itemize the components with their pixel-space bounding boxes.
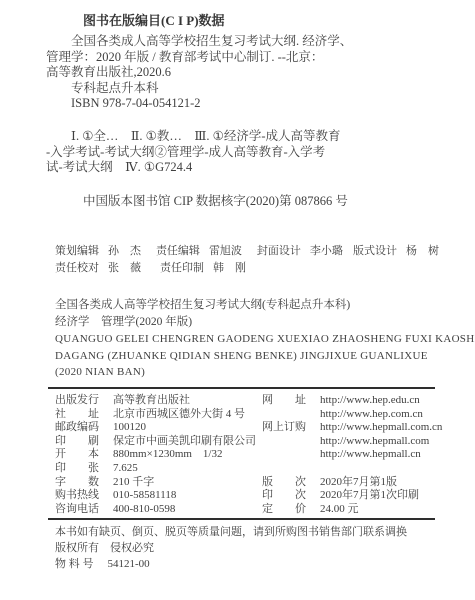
colophon-row: 定 价 24.00 元: [262, 503, 442, 517]
credits-row: 策划编辑 孙 杰 责任编辑 雷旭波 封面设计 李小璐 版式设计 杨 树: [55, 243, 439, 260]
colophon-label: [262, 408, 310, 422]
book-title-cn: 全国各类成人高等学校招生复习考试大纲(专科起点升本科): [55, 297, 439, 314]
copyright-page: 图书在版编目(C I P)数据 全国各类成人高等学校招生复习考试大纲. 经济学、…: [0, 0, 475, 600]
material-number-value: 54121-00: [108, 556, 150, 572]
colophon-row: http://www.hepmall.com: [262, 435, 442, 449]
colophon-label: 开 本: [55, 448, 103, 462]
colophon-row: 咨询电话 400-810-0598: [55, 503, 262, 517]
footer-block: 本书如有缺页、倒页、脱页等质量问题，请到所购图书销售部门联系调换 版权所有 侵权…: [55, 524, 439, 572]
colophon-value: http://www.hep.com.cn: [320, 408, 423, 422]
credit-pair: 责任印制 韩 刚: [160, 260, 246, 277]
colophon-row: 邮政编码 100120: [55, 421, 262, 435]
colophon-value: 010-58581118: [113, 489, 176, 503]
colophon-value: http://www.hepmall.com: [320, 435, 429, 449]
cip-description-line: 专科起点升本科: [46, 81, 439, 97]
colophon-label: 定 价: [262, 503, 310, 517]
credit-pair: 策划编辑 孙 杰: [55, 243, 156, 260]
copyright-notice: 版权所有 侵权必究: [55, 540, 439, 556]
material-number-label: 物 料 号: [55, 556, 94, 572]
colophon-label: 社 址: [55, 408, 103, 422]
colophon-row: 印 张 7.625: [55, 462, 262, 476]
colophon-label: 字 数: [55, 476, 103, 490]
colophon-row: 出版发行 高等教育出版社: [55, 394, 262, 408]
pinyin-line: QUANGUO GELEI CHENGREN GAODENG XUEXIAO Z…: [55, 331, 439, 348]
colophon-label: [262, 448, 310, 462]
colophon-row: 社 址 北京市西城区德外大街 4 号: [55, 408, 262, 422]
credit-role: 封面设计: [257, 243, 301, 260]
colophon-row: 网上订购 http://www.hepmall.com.cn: [262, 421, 442, 435]
colophon-label: 网 址: [262, 394, 310, 408]
colophon-value: 100120: [113, 421, 146, 435]
quality-notice: 本书如有缺页、倒页、脱页等质量问题，请到所购图书销售部门联系调换: [55, 524, 439, 540]
classification-line: Ⅰ. ①全… Ⅱ. ①教… Ⅲ. ①经济学-成人高等教育: [46, 129, 439, 145]
colophon-table: 出版发行 高等教育出版社 社 址 北京市西城区德外大街 4 号 邮政编码 100…: [55, 394, 437, 516]
book-title-block: 全国各类成人高等学校招生复习考试大纲(专科起点升本科) 经济学 管理学(2020…: [55, 297, 439, 381]
colophon-label: 购书热线: [55, 489, 103, 503]
credits-row: 责任校对 张 薇 责任印制 韩 刚: [55, 260, 439, 277]
cip-record-number: 中国版本图书馆 CIP 数据核字(2020)第 087866 号: [83, 191, 348, 209]
cip-description-line: 管理学：2020 年版 / 教育部考试中心制订. --北京：: [46, 50, 439, 66]
classification-line: 试-考试大纲 Ⅳ. ①G724.4: [46, 160, 439, 176]
credit-name: 孙 杰: [108, 243, 141, 260]
colophon-row: 印 次 2020年7月第1次印刷: [262, 489, 442, 503]
colophon-label: 印 刷: [55, 435, 103, 449]
cip-description-line: 全国各类成人高等学校招生复习考试大纲. 经济学、: [46, 34, 439, 50]
colophon-value: 7.625: [113, 462, 138, 476]
colophon-label: 网上订购: [262, 421, 310, 435]
colophon-row: http://www.hepmall.cn: [262, 448, 442, 462]
colophon-row: 版 次 2020年7月第1版: [262, 476, 442, 490]
colophon-value: 24.00 元: [320, 503, 359, 517]
colophon-right-column: 网 址 http://www.hep.edu.cn http://www.hep…: [262, 394, 442, 516]
cip-description-line: 高等教育出版社,2020.6: [46, 65, 439, 81]
colophon-value: 2020年7月第1次印刷: [320, 489, 419, 503]
credit-role: 版式设计: [353, 243, 397, 260]
colophon-value: 高等教育出版社: [113, 394, 190, 408]
divider-bottom: [48, 518, 435, 520]
colophon-value: 北京市西城区德外大街 4 号: [113, 408, 245, 422]
credit-name: 李小璐: [310, 243, 343, 260]
colophon-label: 出版发行: [55, 394, 103, 408]
colophon-label: 印 次: [262, 489, 310, 503]
credit-pair: 封面设计 李小璐: [257, 243, 353, 260]
colophon-label: 邮政编码: [55, 421, 103, 435]
colophon-row: 开 本 880mm×1230mm 1/32: [55, 448, 262, 462]
credit-role: 责任校对: [55, 260, 99, 277]
credit-name: 杨 树: [406, 243, 439, 260]
classification-line: -入学考试-考试大纲②管理学-成人高等教育-入学考: [46, 145, 439, 161]
credit-name: 韩 刚: [213, 260, 246, 277]
colophon-row: 印 刷 保定市中画美凯印刷有限公司: [55, 435, 262, 449]
credit-name: 雷旭波: [209, 243, 242, 260]
colophon-row: 网 址 http://www.hep.edu.cn: [262, 394, 442, 408]
colophon-row: 字 数 210 千字: [55, 476, 262, 490]
colophon-value: 880mm×1230mm 1/32: [113, 448, 222, 462]
credit-pair: 版式设计 杨 树: [353, 243, 439, 260]
credit-role: 责任印制: [160, 260, 204, 277]
colophon-row: http://www.hep.com.cn: [262, 408, 442, 422]
colophon-value: 210 千字: [113, 476, 154, 490]
credit-name: 张 薇: [108, 260, 141, 277]
pinyin-line: (2020 NIAN BAN): [55, 364, 439, 381]
cip-classification: Ⅰ. ①全… Ⅱ. ①教… Ⅲ. ①经济学-成人高等教育 -入学考试-考试大纲②…: [46, 129, 439, 176]
colophon-value: 400-810-0598: [113, 503, 175, 517]
colophon-value: 2020年7月第1版: [320, 476, 397, 490]
colophon-label: 印 张: [55, 462, 103, 476]
credit-role: 策划编辑: [55, 243, 99, 260]
isbn-line: ISBN 978-7-04-054121-2: [46, 96, 439, 112]
credits-block: 策划编辑 孙 杰 责任编辑 雷旭波 封面设计 李小璐 版式设计 杨 树 责任校对…: [55, 243, 439, 277]
colophon-value: 保定市中画美凯印刷有限公司: [113, 435, 256, 449]
credit-role: 责任编辑: [156, 243, 200, 260]
credit-pair: 责任校对 张 薇: [55, 260, 160, 277]
colophon-value: http://www.hepmall.com.cn: [320, 421, 442, 435]
material-number-row: 物 料 号 54121-00: [55, 556, 439, 572]
colophon-value: http://www.hepmall.cn: [320, 448, 421, 462]
pinyin-line: DAGANG (ZHUANKE QIDIAN SHENG BENKE) JING…: [55, 348, 439, 365]
colophon-row: 购书热线 010-58581118: [55, 489, 262, 503]
divider-top: [48, 387, 435, 389]
colophon-left-column: 出版发行 高等教育出版社 社 址 北京市西城区德外大街 4 号 邮政编码 100…: [55, 394, 262, 516]
colophon-label: 版 次: [262, 476, 310, 490]
colophon-row-spacer: [262, 462, 442, 476]
colophon-label: [262, 462, 310, 476]
colophon-label: [262, 435, 310, 449]
cip-data-header: 图书在版编目(C I P)数据: [83, 10, 225, 29]
cip-description: 全国各类成人高等学校招生复习考试大纲. 经济学、 管理学：2020 年版 / 教…: [46, 34, 439, 112]
book-subtitle-cn: 经济学 管理学(2020 年版): [55, 314, 439, 331]
credit-pair: 责任编辑 雷旭波: [156, 243, 257, 260]
colophon-value: http://www.hep.edu.cn: [320, 394, 420, 408]
colophon-label: 咨询电话: [55, 503, 103, 517]
